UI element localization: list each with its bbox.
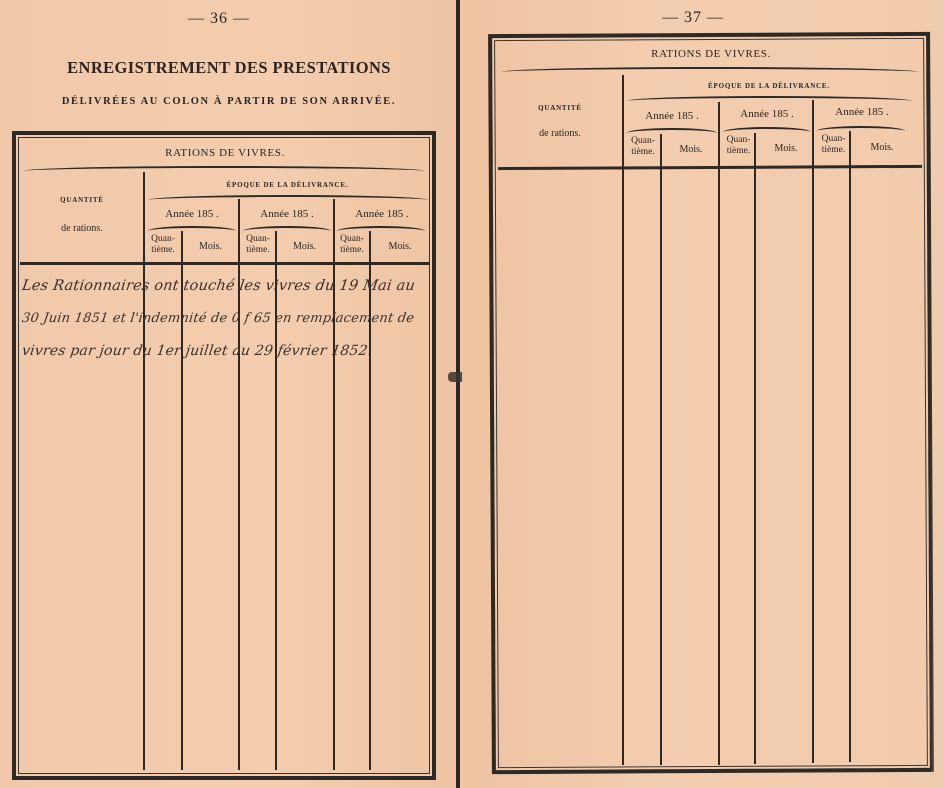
quantieme-line1: Quan- — [340, 234, 364, 244]
header-quantieme-3: Quan-tième. — [334, 234, 370, 256]
column-divider — [660, 134, 662, 765]
header-quantieme-1: Quan-tième. — [624, 136, 662, 158]
left-page: — 36 — ENREGISTREMENT DES PRESTATIONS DÉ… — [0, 0, 458, 788]
quantieme-line1: Quan- — [822, 134, 846, 144]
section-title-rations: RATIONS DE VIVRES. — [20, 147, 430, 159]
column-divider — [812, 100, 814, 763]
header-quantieme-2: Quan-tième. — [240, 234, 276, 256]
header-mois-1: Mois. — [182, 241, 239, 252]
annee-brace-2 — [243, 226, 331, 231]
page-title: ENREGISTREMENT DES PRESTATIONS — [0, 58, 458, 78]
quantieme-line1: Quan- — [151, 234, 175, 244]
page-number-36: — 36 — — [188, 10, 250, 28]
right-page: — 37 — RATIONS DE VIVRES. QUANTITÉ de ra… — [462, 0, 944, 788]
header-annee-1: Année 185 . — [145, 208, 239, 220]
page-edge — [930, 0, 944, 788]
header-mois-1: Mois. — [662, 144, 720, 155]
header-mois-2: Mois. — [757, 143, 815, 154]
quantieme-line1: Quan- — [246, 234, 270, 244]
header-quantieme-1: Quan-tième. — [145, 234, 181, 256]
quantieme-line1: Quan- — [631, 136, 655, 146]
epoque-brace — [148, 195, 428, 200]
header-epoque: ÉPOQUE DE LA DÉLIVRANCE. — [145, 181, 430, 189]
epoque-brace — [627, 96, 912, 101]
header-brace — [24, 166, 424, 171]
header-bottom-rule — [20, 262, 429, 265]
header-mois-3: Mois. — [370, 241, 430, 252]
book-spine — [456, 0, 460, 788]
quantieme-line2: tième. — [822, 145, 845, 155]
header-mois-3: Mois. — [852, 142, 912, 153]
header-annee-2: Année 185 . — [720, 108, 814, 120]
column-divider — [718, 102, 720, 765]
column-divider — [849, 131, 851, 762]
quantieme-line1: Quan- — [727, 135, 751, 145]
quantieme-line2: tième. — [246, 245, 269, 255]
annee-brace-1 — [627, 128, 717, 133]
header-de-rations: de rations. — [498, 128, 622, 139]
page-subtitle: DÉLIVRÉES AU COLON À PARTIR DE SON ARRIV… — [0, 96, 458, 107]
quantieme-line2: tième. — [631, 147, 654, 157]
header-annee-3: Année 185 . — [334, 208, 430, 220]
header-de-rations: de rations. — [20, 223, 144, 234]
handwritten-line-1: Les Rationnaires ont touché les vivres d… — [21, 278, 416, 294]
handwritten-line-2: 30 Juin 1851 et l'indemnité de 0 f 65 en… — [21, 311, 415, 326]
header-annee-1: Année 185 . — [624, 110, 720, 122]
header-quantieme-2: Quan-tième. — [720, 135, 757, 157]
header-annee-2: Année 185 . — [240, 208, 334, 220]
header-quantite: QUANTITÉ — [498, 104, 622, 112]
header-mois-2: Mois. — [276, 241, 333, 252]
header-annee-3: Année 185 . — [814, 106, 910, 118]
quantieme-line2: tième. — [727, 146, 750, 156]
header-epoque: ÉPOQUE DE LA DÉLIVRANCE. — [624, 82, 914, 90]
annee-brace-1 — [148, 226, 236, 231]
annee-brace-3 — [337, 226, 425, 231]
annee-brace-3 — [817, 126, 905, 131]
quantieme-line2: tième. — [151, 245, 174, 255]
header-quantite: QUANTITÉ — [20, 196, 144, 204]
page-number-37: — 37 — — [662, 9, 724, 27]
annee-brace-2 — [723, 127, 811, 132]
quantieme-line2: tième. — [340, 245, 363, 255]
column-divider — [143, 172, 145, 770]
column-divider — [754, 133, 756, 764]
header-brace — [502, 67, 918, 72]
handwritten-line-3: vivres par jour du 1er juillet au 29 fév… — [21, 343, 374, 359]
column-divider — [622, 75, 624, 765]
header-quantieme-3: Quan-tième. — [815, 134, 852, 156]
section-title-rations: RATIONS DE VIVRES. — [498, 48, 924, 60]
